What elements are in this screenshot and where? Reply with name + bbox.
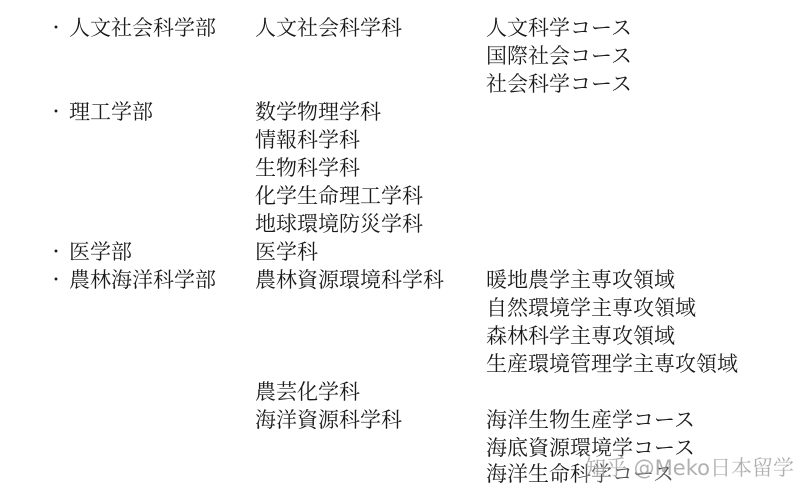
faculty-name: 理工学部 [69,98,153,126]
faculty-name: 医学部 [69,238,132,266]
watermark: 知乎 @Meko日本留学 [585,454,794,482]
bullet: ・ [48,238,64,266]
course-name: 生産環境管理学主専攻領域 [486,350,738,378]
department-name: 海洋資源科学科 [255,406,402,434]
department-name: 医学科 [255,238,318,266]
department-name: 生物科学科 [255,154,360,182]
course-name: 森林科学主専攻領域 [486,322,675,350]
course-name: 自然環境学主専攻領域 [486,294,696,322]
bullet: ・ [48,266,64,294]
bullet: ・ [48,14,64,42]
department-name: 農芸化学科 [255,378,360,406]
bullet: ・ [48,98,64,126]
course-name: 国際社会コース [486,42,632,70]
department-name: 情報科学科 [255,126,360,154]
course-name: 海洋生物生産学コース [486,406,695,434]
department-name: 数学物理学科 [255,98,381,126]
course-name: 暖地農学主専攻領域 [486,266,675,294]
department-name: 農林資源環境科学科 [255,266,444,294]
faculty-name: 人文社会科学部 [69,14,216,42]
faculty-name: 農林海洋科学部 [69,266,216,294]
department-name: 地球環境防災学科 [255,210,423,238]
course-name: 人文科学コース [486,14,632,42]
department-name: 人文社会科学科 [255,14,402,42]
department-name: 化学生命理工学科 [255,182,423,210]
course-name: 社会科学コース [486,70,632,98]
